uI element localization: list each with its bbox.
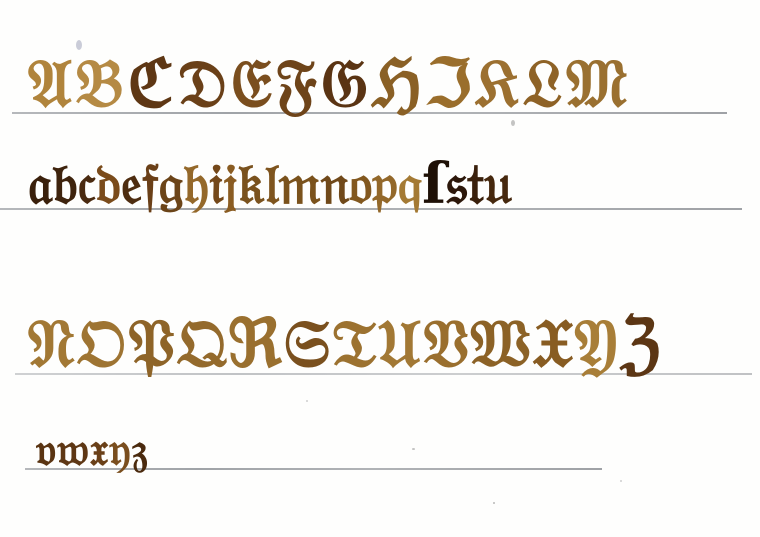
letter-w: 𝔴 (57, 426, 88, 472)
letter-v: 𝔳 (36, 426, 56, 472)
letter-e: 𝔢 (121, 156, 142, 212)
letter-y: 𝔶 (109, 426, 130, 472)
letter-S: 𝔖 (284, 310, 330, 376)
letter-M: 𝔐 (566, 50, 627, 116)
letter-X: 𝔛 (532, 310, 572, 376)
letter-p: 𝔭 (372, 156, 397, 212)
letter-G: 𝔊 (321, 50, 368, 116)
letter-a: 𝔞 (28, 156, 52, 212)
letter-W: 𝔚 (470, 310, 530, 376)
row-capitals-n-z: 𝔑 𝔒 𝔓 𝔔 ℜ 𝔖 𝔗 𝔘 𝔙 𝔚 𝔛 𝔜 ℨ (28, 308, 661, 376)
letter-L: 𝔏 (523, 50, 562, 116)
paper-speck (412, 448, 415, 450)
letter-i: 𝔦 (209, 156, 223, 212)
letter-E: 𝔈 (231, 50, 271, 116)
row-capitals-a-m: 𝔄 𝔅 ℭ 𝔇 𝔈 𝔉 𝔊 ℌ ℑ 𝔎 𝔏 𝔐 (28, 48, 627, 116)
calligraphy-sheet: 𝔄 𝔅 ℭ 𝔇 𝔈 𝔉 𝔊 ℌ ℑ 𝔎 𝔏 𝔐 𝔞 𝔟 𝔠 𝔡 𝔢 𝔣 𝔤 𝔥 … (0, 0, 760, 537)
letter-o: 𝔬 (349, 156, 372, 212)
paper-speck (306, 400, 308, 402)
letter-N: 𝔑 (28, 310, 75, 376)
paper-smudge (511, 120, 515, 126)
letter-u: 𝔲 (484, 156, 512, 212)
letter-h: 𝔥 (184, 156, 209, 212)
letter-B: 𝔅 (76, 50, 124, 116)
letter-k: 𝔨 (238, 156, 265, 212)
letter-P: 𝔓 (128, 310, 175, 376)
letter-l: 𝔩 (264, 156, 278, 212)
letter-D: 𝔇 (178, 50, 227, 116)
letter-q: 𝔮 (398, 156, 422, 212)
letter-Q: 𝔔 (177, 310, 226, 376)
letter-n: 𝔫 (321, 156, 349, 212)
letter-R: ℜ (228, 310, 282, 376)
letter-f: 𝔣 (142, 156, 159, 212)
letter-V: 𝔙 (422, 310, 468, 376)
letter-Z: ℨ (620, 310, 661, 376)
letter-b: 𝔟 (52, 156, 77, 212)
paper-speck (620, 480, 622, 482)
letter-x: 𝔵 (90, 426, 109, 472)
letter-d: 𝔡 (96, 156, 121, 212)
letter-long-s: ſ (422, 156, 446, 212)
letter-F: 𝔉 (275, 50, 317, 116)
letter-A: 𝔄 (28, 50, 72, 116)
letter-O: 𝔒 (77, 310, 126, 376)
letter-I: ℑ (426, 50, 472, 116)
letter-Y: 𝔜 (575, 310, 618, 376)
letter-s: 𝔰 (446, 156, 467, 212)
letter-g: 𝔤 (159, 156, 184, 212)
letter-m: 𝔪 (279, 156, 321, 212)
letter-c: 𝔠 (78, 156, 96, 212)
letter-T: 𝔗 (332, 310, 376, 376)
row-lowercase-v-z: 𝔳 𝔴 𝔵 𝔶 𝔷 (36, 420, 148, 472)
paper-speck (493, 502, 495, 504)
row-lowercase-a-u: 𝔞 𝔟 𝔠 𝔡 𝔢 𝔣 𝔤 𝔥 𝔦 𝔧 𝔨 𝔩 𝔪 𝔫 𝔬 𝔭 𝔮 ſ 𝔰 𝔱 … (28, 150, 512, 212)
letter-H: ℌ (372, 50, 422, 116)
letter-z: 𝔷 (132, 426, 148, 472)
letter-j: 𝔧 (223, 156, 237, 212)
letter-K: 𝔎 (476, 50, 519, 116)
paper-smudge (76, 40, 82, 50)
letter-C: ℭ (127, 50, 173, 116)
letter-t: 𝔱 (467, 156, 484, 212)
letter-U: 𝔘 (378, 310, 420, 376)
